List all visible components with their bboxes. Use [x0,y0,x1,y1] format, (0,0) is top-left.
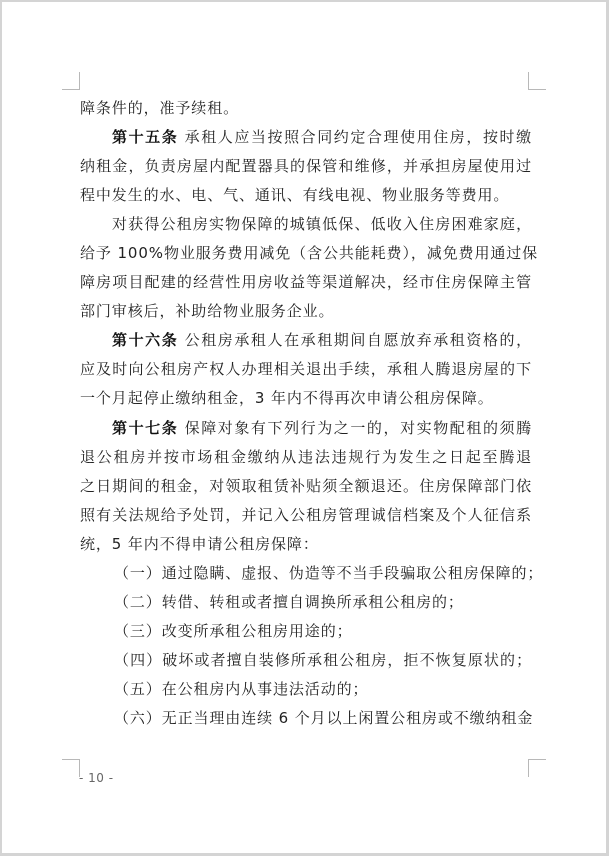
paragraph-line: 对获得公租房实物保障的城镇低保、低收入住房困难家庭， [80,210,532,239]
paragraph-line: 部门审核后，补助给物业服务企业。 [80,297,532,326]
list-item: （六）无正当理由连续 6 个月以上闲置公租房或不缴纳租金 [80,704,532,733]
margin-corner-mark-bottom-right [528,759,546,777]
paragraph-line: 一个月起停止缴纳租金，3 年内不得再次申请公租房保障。 [80,384,532,413]
list-item: （四）破坏或者擅自装修所承租公租房，拒不恢复原状的； [80,646,532,675]
paragraph-line: 给予 100%物业服务费用减免（含公共能耗费），减免费用通过保 [80,239,532,268]
article-15-heading-line: 第十五条 承租人应当按照合同约定合理使用住房，按时缴 [80,123,532,152]
article-17-heading-line: 第十七条 保障对象有下列行为之一的，对实物配租的须腾 [80,414,532,443]
margin-corner-mark-top-left [62,72,80,90]
paragraph-line: 照有关法规给予处罚，并记入公租房管理诚信档案及个人征信系 [80,501,532,530]
paragraph-line: 程中发生的水、电、气、通讯、有线电视、物业服务等费用。 [80,181,532,210]
article-number: 第十六条 [112,331,178,349]
paragraph-line: 之日期间的租金，对领取租赁补贴须全额退还。住房保障部门依 [80,472,532,501]
paragraph-line: 退公租房并按市场租金缴纳从违法违规行为发生之日起至腾退 [80,443,532,472]
article-number: 第十五条 [112,128,178,146]
article-16-heading-line: 第十六条 公租房承租人在承租期间自愿放弃承租资格的， [80,326,532,355]
list-item: （五）在公租房内从事违法活动的； [80,675,532,704]
paragraph-line: 障房项目配建的经营性用房收益等渠道解决，经市住房保障主管 [80,268,532,297]
article-number: 第十七条 [112,419,178,437]
document-body[interactable]: 障条件的，准予续租。 第十五条 承租人应当按照合同约定合理使用住房，按时缴 纳租… [80,94,532,733]
list-item: （二）转借、转租或者擅自调换所承租公租房的； [80,588,532,617]
margin-corner-mark-bottom-left [62,759,80,777]
list-item: （一）通过隐瞒、虚报、伪造等不当手段骗取公租房保障的； [80,559,532,588]
page-number: - 10 - [79,771,114,785]
margin-corner-mark-top-right [528,72,546,90]
paragraph-line: 统，5 年内不得申请公租房保障： [80,530,532,559]
document-page: 障条件的，准予续租。 第十五条 承租人应当按照合同约定合理使用住房，按时缴 纳租… [2,2,606,853]
paragraph-line: 应及时向公租房产权人办理相关退出手续，承租人腾退房屋的下 [80,355,532,384]
paragraph-line: 障条件的，准予续租。 [80,94,532,123]
list-item: （三）改变所承租公租房用途的； [80,617,532,646]
paragraph-line: 纳租金，负责房屋内配置器具的保管和维修，并承担房屋使用过 [80,152,532,181]
